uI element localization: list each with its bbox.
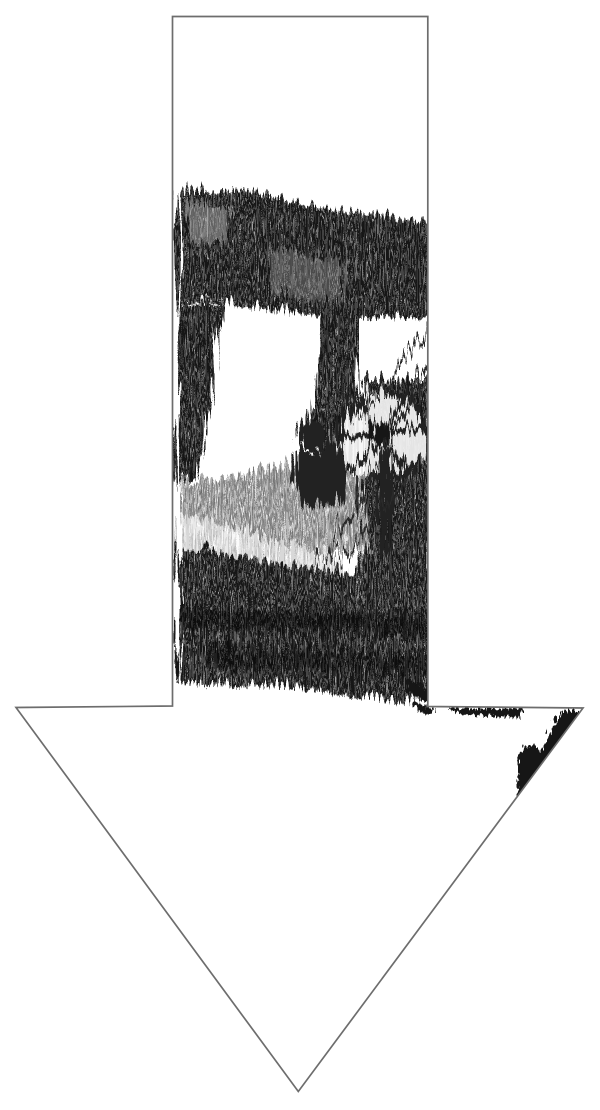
top-wing-highlight (180, 196, 226, 241)
arrow-figure-canvas (0, 0, 600, 1110)
down-arrow-graphic (0, 0, 600, 1110)
biplane-left-strut (172, 296, 218, 477)
biplane-sketch (172, 182, 583, 804)
